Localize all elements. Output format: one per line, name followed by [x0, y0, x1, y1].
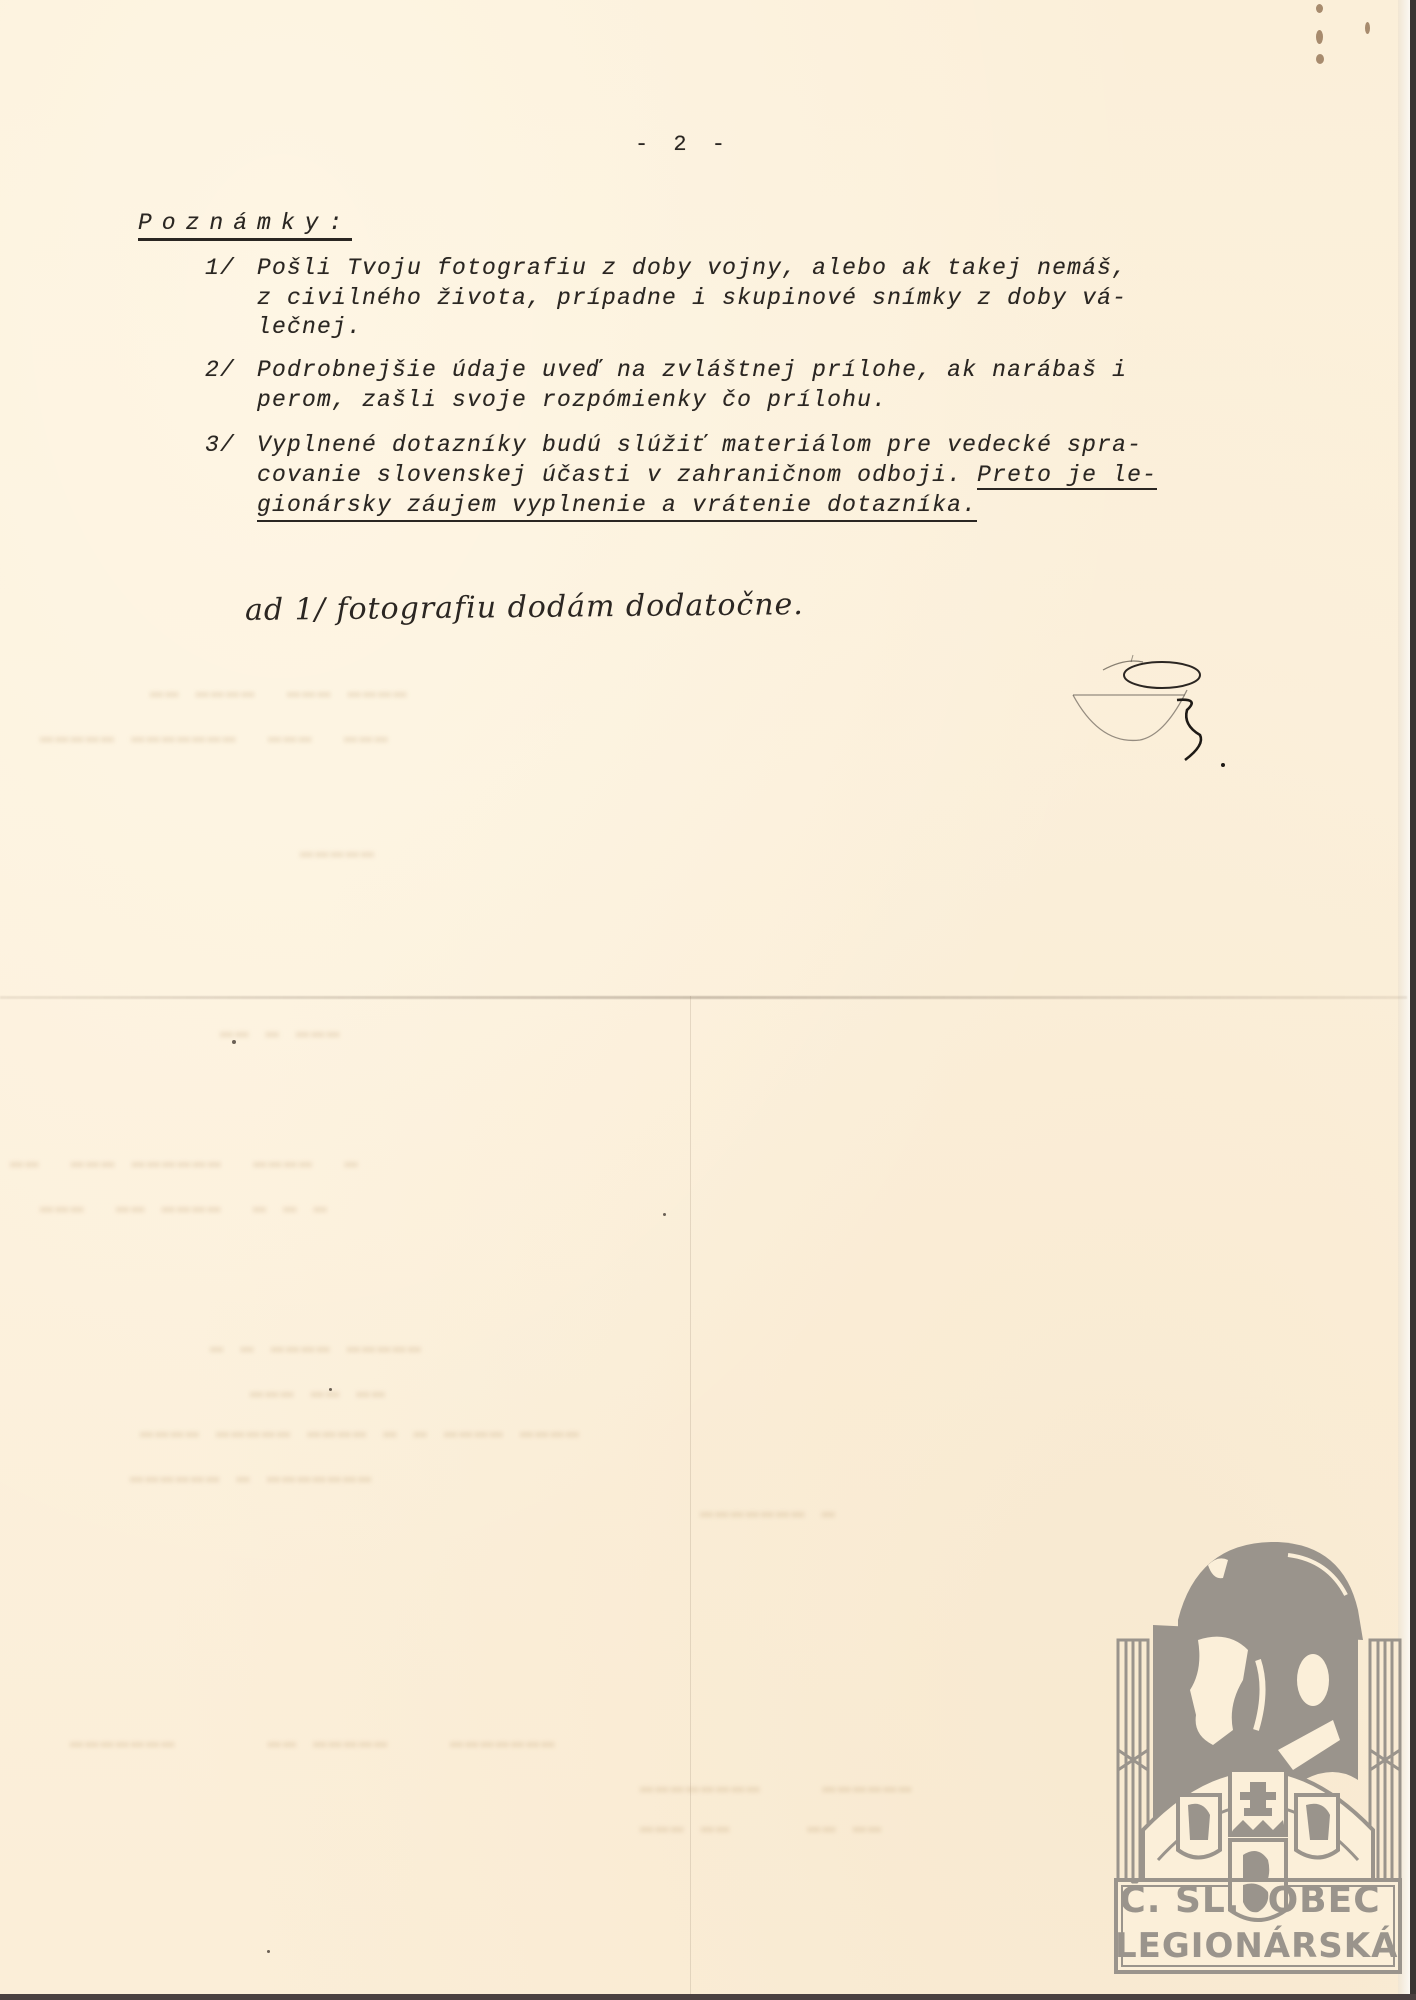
stain-mark — [1316, 4, 1323, 13]
bleed-through-smudge: ▬▬ ▬▬▬▬ ▬▬▬ ▬▬▬▬ — [150, 680, 408, 705]
bleed-through-smudge: ▬▬▬▬ ▬▬▬▬▬ ▬▬▬▬ ▬ ▬ ▬▬▬▬ ▬▬▬▬ — [140, 1420, 581, 1445]
speck — [267, 1950, 270, 1953]
note-line: Vyplnené dotazníky budú slúžiť materiálo… — [257, 430, 1142, 460]
bleed-through-smudge: ▬▬▬▬▬ ▬▬▬▬▬▬▬ ▬▬▬ ▬▬▬ — [40, 725, 390, 750]
note-line: lečnej. — [257, 312, 362, 342]
bleed-through-smudge: ▬▬▬▬▬ — [300, 840, 376, 865]
stain-mark — [1316, 30, 1323, 44]
bleed-through-smudge: ▬▬▬▬▬▬ ▬ ▬▬▬▬▬▬▬ — [130, 1465, 373, 1490]
underlined-emphasis: Preto je le- — [977, 462, 1157, 490]
note-line: Pošli Tvoju fotografiu z doby vojny, ale… — [257, 253, 1127, 283]
stain-mark — [1365, 22, 1370, 34]
bleed-through-smudge: ▬▬▬ ▬▬ ▬▬ ▬▬ — [640, 1815, 883, 1840]
note-line: z civilného života, prípadne i skupinové… — [257, 283, 1127, 313]
underlined-emphasis-line: gionársky záujem vyplnenie a vrátenie do… — [257, 490, 977, 522]
scan-border-right — [1410, 0, 1416, 2000]
speck — [663, 1213, 666, 1216]
vertical-fold-line — [690, 996, 691, 1994]
bleed-through-smudge: ▬▬ ▬ ▬▬▬ — [220, 1020, 342, 1045]
logo-text-line-1: Č. SL. OBEC — [1115, 1880, 1385, 1921]
logo-text-line-2: LEGIONÁRSKÁ — [1115, 1926, 1385, 1966]
note-line: perom, zašli svoje rozpómienky čo príloh… — [257, 385, 887, 415]
page-number: - 2 - — [635, 130, 731, 160]
signature-mark — [1065, 650, 1235, 770]
bleed-through-smudge: ▬▬ ▬▬▬ ▬▬▬▬▬▬ ▬▬▬▬ ▬ — [10, 1150, 360, 1175]
handwritten-note: ad 1/ fotografiu dodám dodatočne. — [245, 587, 804, 628]
scan-border-bottom — [0, 1994, 1416, 2000]
bleed-through-smudge: ▬▬▬▬▬▬▬ ▬ — [700, 1500, 837, 1525]
note-line: covanie slovenskej účasti v zahraničnom … — [257, 460, 1157, 490]
note-line-text: covanie slovenskej účasti v zahraničnom … — [257, 462, 962, 488]
bleed-through-smudge: ▬▬▬ ▬▬ ▬▬▬▬ ▬ ▬ ▬ — [40, 1195, 329, 1220]
note-number: 3/ — [205, 430, 235, 460]
bleed-through-smudge: ▬ ▬ ▬▬▬▬ ▬▬▬▬▬ — [210, 1335, 423, 1360]
notes-heading: Poznámky: — [138, 208, 352, 241]
note-number: 1/ — [205, 253, 235, 283]
stain-mark — [1316, 54, 1324, 64]
note-line: Podrobnejšie údaje uveď na zvláštnej prí… — [257, 355, 1127, 385]
bleed-through-smudge: ▬▬▬▬▬▬▬▬ ▬▬▬▬▬▬ — [640, 1775, 914, 1800]
note-number: 2/ — [205, 355, 235, 385]
bleed-through-smudge: ▬▬▬ ▬▬ ▬▬ — [250, 1380, 387, 1405]
horizontal-fold-line — [0, 996, 1407, 999]
bleed-through-smudge: ▬▬▬▬▬▬▬ ▬▬ ▬▬▬▬▬ ▬▬▬▬▬▬▬ — [70, 1730, 556, 1755]
